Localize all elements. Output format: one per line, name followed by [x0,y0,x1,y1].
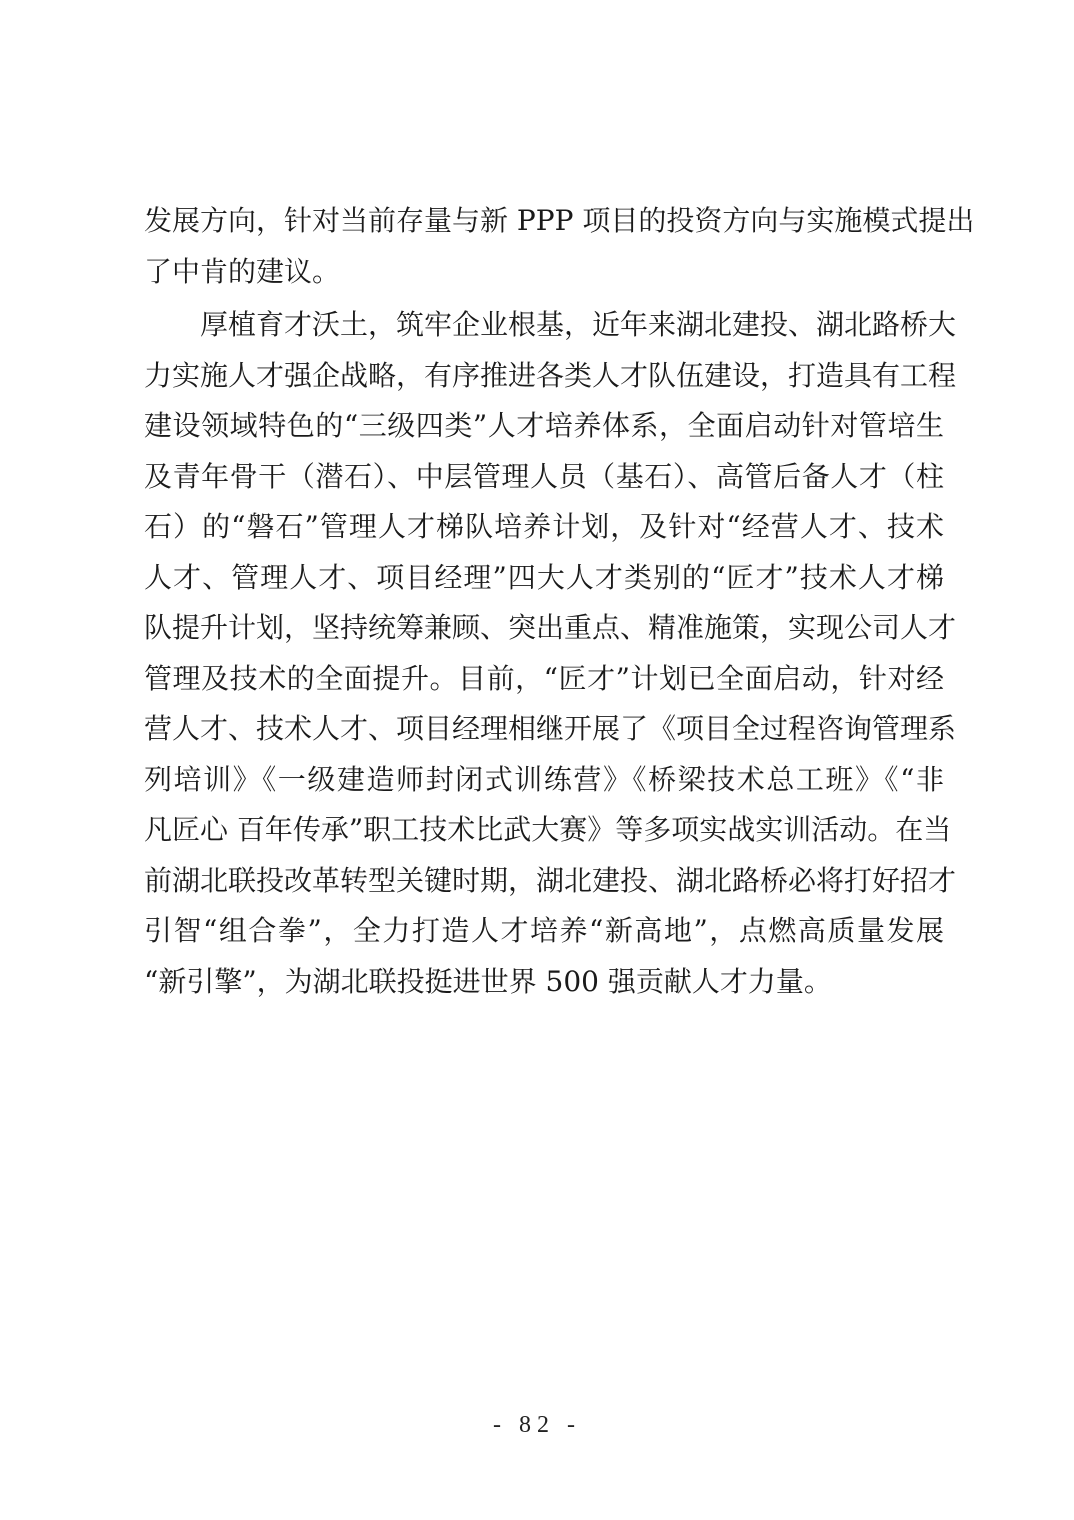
text-line: 凡匠心 百年传承”职工技术比武大赛》等多项实战实训活动。在当 [144,805,944,856]
text-line: 列培训》《一级建造师封闭式训练营》《桥梁技术总工班》《“非 [144,755,944,806]
paragraph-1: 发展方向，针对当前存量与新 PPP 项目的投资方向与实施模式提出 了中肯的建议。 [144,196,944,297]
text-line: 管理及技术的全面提升。目前，“匠才”计划已全面启动，针对经 [144,654,944,705]
document-page: 发展方向，针对当前存量与新 PPP 项目的投资方向与实施模式提出 了中肯的建议。… [0,0,1074,1520]
page-number: - 82 - [0,1412,1074,1439]
text-line: 前湖北联投改革转型关键时期，湖北建投、湖北路桥必将打好招才 [144,856,944,907]
text-line: 引智“组合拳”，全力打造人才培养“新高地”，点燃高质量发展 [144,906,944,957]
text-line: 力实施人才强企战略，有序推进各类人才队伍建设，打造具有工程 [144,351,944,402]
text-line: 了中肯的建议。 [144,247,944,298]
text-line: 发展方向，针对当前存量与新 PPP 项目的投资方向与实施模式提出 [144,196,944,247]
text-line: 石）的“磐石”管理人才梯队培养计划，及针对“经营人才、技术 [144,502,944,553]
text-line: 人才、管理人才、项目经理”四大人才类别的“匠才”技术人才梯 [144,553,944,604]
text-line: 队提升计划，坚持统筹兼顾、突出重点、精准施策，实现公司人才 [144,603,944,654]
body-text: 发展方向，针对当前存量与新 PPP 项目的投资方向与实施模式提出 了中肯的建议。… [144,196,944,1007]
text-line: 建设领域特色的“三级四类”人才培养体系，全面启动针对管培生 [144,401,944,452]
text-line: 营人才、技术人才、项目经理相继开展了《项目全过程咨询管理系 [144,704,944,755]
text-line: “新引擎”，为湖北联投挺进世界 500 强贡献人才力量。 [144,957,944,1008]
paragraph-2: 厚植育才沃土，筑牢企业根基，近年来湖北建投、湖北路桥大 力实施人才强企战略，有序… [144,300,944,1007]
text-line: 厚植育才沃土，筑牢企业根基，近年来湖北建投、湖北路桥大 [144,300,944,351]
text-line: 及青年骨干（潜石）、中层管理人员（基石）、高管后备人才（柱 [144,452,944,503]
